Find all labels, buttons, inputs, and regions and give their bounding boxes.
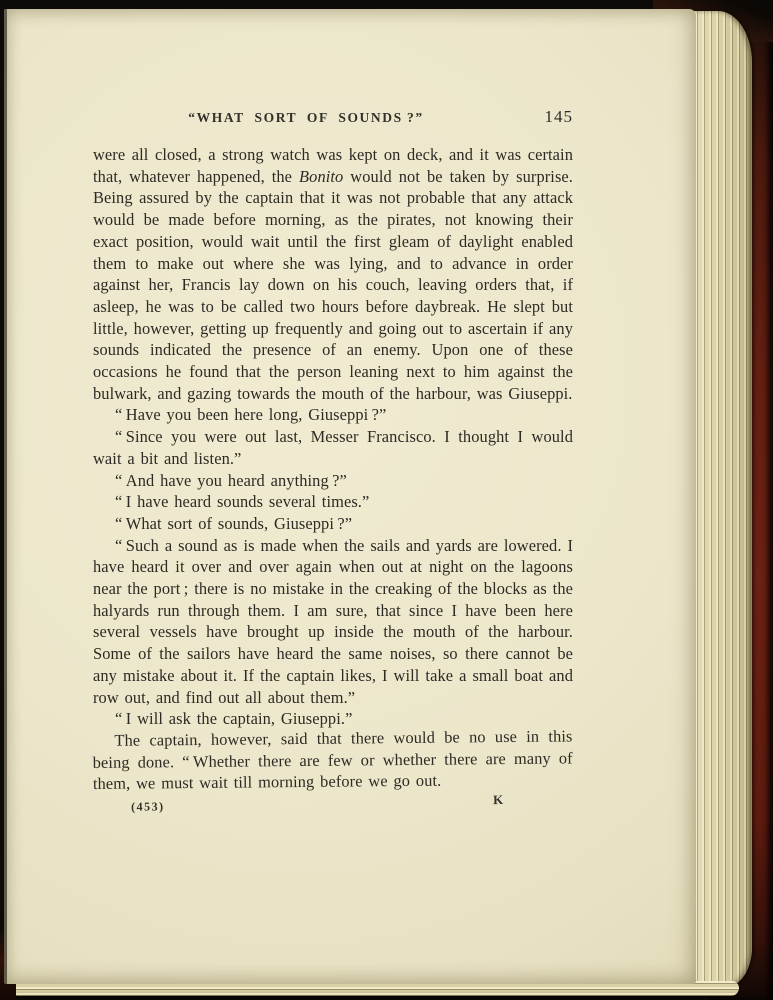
page-edges-fore-edge [688,11,752,987]
paragraph-7: “ Such a sound as is made when the sails… [93,535,573,709]
paragraph-1: were all closed, a strong watch was kept… [93,144,573,404]
book-page: “WHAT SORT OF SOUNDS ?” 145 were all clo… [4,9,696,984]
signature-mark: K [493,792,504,808]
running-title: “WHAT SORT OF SOUNDS ?” [93,110,519,126]
scanned-book-photo: “WHAT SORT OF SOUNDS ?” 145 were all clo… [0,0,773,1000]
page-footer: (453) K [93,791,573,816]
ship-name-italic: Bonito [299,167,343,186]
paragraph-6: “ What sort of sounds, Giuseppi ?” [93,513,573,535]
paragraph-4: “ And have you heard anything ?” [93,470,573,492]
print-code: (453) [131,799,165,814]
paragraph-5: “ I have heard sounds several times.” [93,491,573,513]
page-header: “WHAT SORT OF SOUNDS ?” 145 [93,107,573,129]
paragraph-1-text-continued: would not be taken by surprise. Being as… [93,167,573,403]
page-number: 145 [545,107,574,127]
text-column: “WHAT SORT OF SOUNDS ?” 145 were all clo… [93,107,573,816]
paragraph-2: “ Have you been here long, Giuseppi ?” [93,404,573,426]
paragraph-9: The captain, however, said that there wo… [92,725,573,795]
paragraph-3: “ Since you were out last, Messer Franci… [93,426,573,469]
